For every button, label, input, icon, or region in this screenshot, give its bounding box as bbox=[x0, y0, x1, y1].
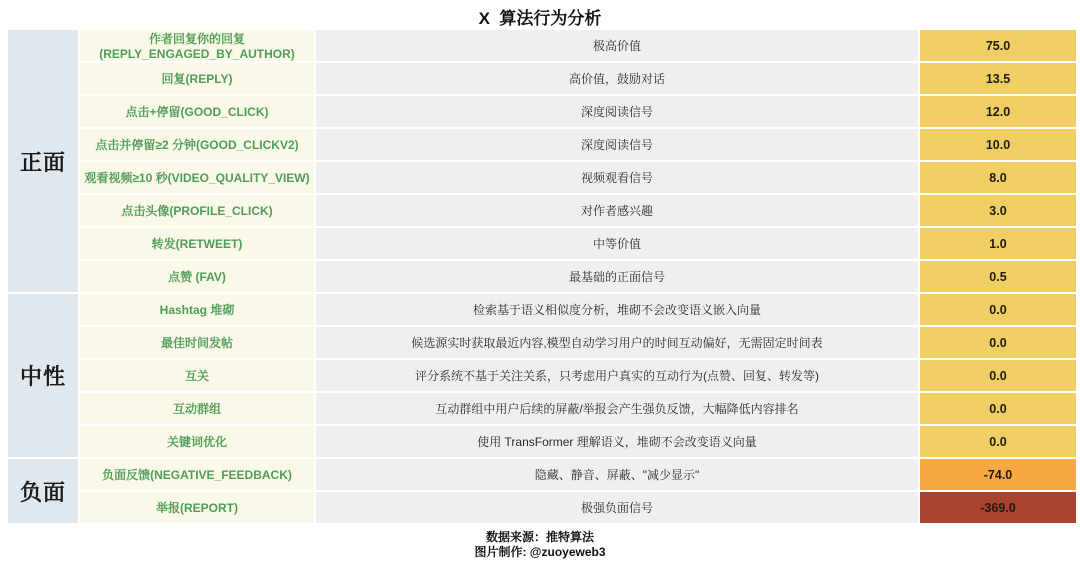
behavior-cell: Hashtag 堆砌 bbox=[80, 294, 314, 325]
score-cell: 0.0 bbox=[920, 294, 1076, 325]
behavior-cell: 点赞 (FAV) bbox=[80, 261, 314, 292]
infographic-page: X 算法行为分析 正面作者回复你的回复(REPLY_ENGAGED_BY_AUT… bbox=[0, 0, 1080, 562]
description-cell: 隐藏、静音、屏蔽、"减少显示" bbox=[316, 459, 918, 490]
category-cell: 正面 bbox=[8, 30, 78, 292]
behavior-cell: 点击并停留≥2 分钟(GOOD_CLICKV2) bbox=[80, 129, 314, 160]
description-cell: 深度阅读信号 bbox=[316, 96, 918, 127]
score-cell: 75.0 bbox=[920, 30, 1076, 61]
description-cell: 候选源实时获取最近内容,模型自动学习用户的时间互动偏好，无需固定时间表 bbox=[316, 327, 918, 358]
description-cell: 极高价值 bbox=[316, 30, 918, 61]
category-cell: 负面 bbox=[8, 459, 78, 523]
page-title: X 算法行为分析 bbox=[0, 4, 1080, 29]
analysis-table: 正面作者回复你的回复(REPLY_ENGAGED_BY_AUTHOR)极高价值7… bbox=[8, 30, 1076, 523]
behavior-cell: 关键词优化 bbox=[80, 426, 314, 457]
score-cell: 3.0 bbox=[920, 195, 1076, 226]
score-cell: 0.0 bbox=[920, 327, 1076, 358]
score-cell: 13.5 bbox=[920, 63, 1076, 94]
description-cell: 高价值，鼓励对话 bbox=[316, 63, 918, 94]
behavior-cell: 回复(REPLY) bbox=[80, 63, 314, 94]
description-cell: 互动群组中用户后续的屏蔽/举报会产生强负反馈，大幅降低内容排名 bbox=[316, 393, 918, 424]
behavior-cell: 负面反馈(NEGATIVE_FEEDBACK) bbox=[80, 459, 314, 490]
behavior-cell: 互关 bbox=[80, 360, 314, 391]
score-cell: 0.0 bbox=[920, 426, 1076, 457]
score-cell: 0.0 bbox=[920, 393, 1076, 424]
footer: 数据来源：推特算法 图片制作: @zuoyeweb3 bbox=[0, 530, 1080, 560]
description-cell: 评分系统不基于关注关系，只考虑用户真实的互动行为(点赞、回复、转发等) bbox=[316, 360, 918, 391]
behavior-cell: 最佳时间发帖 bbox=[80, 327, 314, 358]
data-source-label: 数据来源：推特算法 bbox=[0, 530, 1080, 545]
behavior-cell: 点击头像(PROFILE_CLICK) bbox=[80, 195, 314, 226]
behavior-cell: 举报(REPORT) bbox=[80, 492, 314, 523]
behavior-cell: 观看视频≥10 秒(VIDEO_QUALITY_VIEW) bbox=[80, 162, 314, 193]
behavior-cell: 点击+停留(GOOD_CLICK) bbox=[80, 96, 314, 127]
score-cell: 12.0 bbox=[920, 96, 1076, 127]
score-cell: -369.0 bbox=[920, 492, 1076, 523]
score-cell: -74.0 bbox=[920, 459, 1076, 490]
score-cell: 0.0 bbox=[920, 360, 1076, 391]
score-cell: 10.0 bbox=[920, 129, 1076, 160]
description-cell: 视频观看信号 bbox=[316, 162, 918, 193]
description-cell: 极强负面信号 bbox=[316, 492, 918, 523]
description-cell: 最基础的正面信号 bbox=[316, 261, 918, 292]
score-cell: 1.0 bbox=[920, 228, 1076, 259]
description-cell: 对作者感兴趣 bbox=[316, 195, 918, 226]
behavior-cell: 转发(RETWEET) bbox=[80, 228, 314, 259]
behavior-cell: 互动群组 bbox=[80, 393, 314, 424]
behavior-cell: 作者回复你的回复(REPLY_ENGAGED_BY_AUTHOR) bbox=[80, 30, 314, 61]
description-cell: 使用 TransFormer 理解语义，堆砌不会改变语义向量 bbox=[316, 426, 918, 457]
description-cell: 深度阅读信号 bbox=[316, 129, 918, 160]
description-cell: 检索基于语义相似度分析，堆砌不会改变语义嵌入向量 bbox=[316, 294, 918, 325]
image-credit-label: 图片制作: @zuoyeweb3 bbox=[0, 545, 1080, 560]
category-cell: 中性 bbox=[8, 294, 78, 457]
score-cell: 0.5 bbox=[920, 261, 1076, 292]
description-cell: 中等价值 bbox=[316, 228, 918, 259]
score-cell: 8.0 bbox=[920, 162, 1076, 193]
